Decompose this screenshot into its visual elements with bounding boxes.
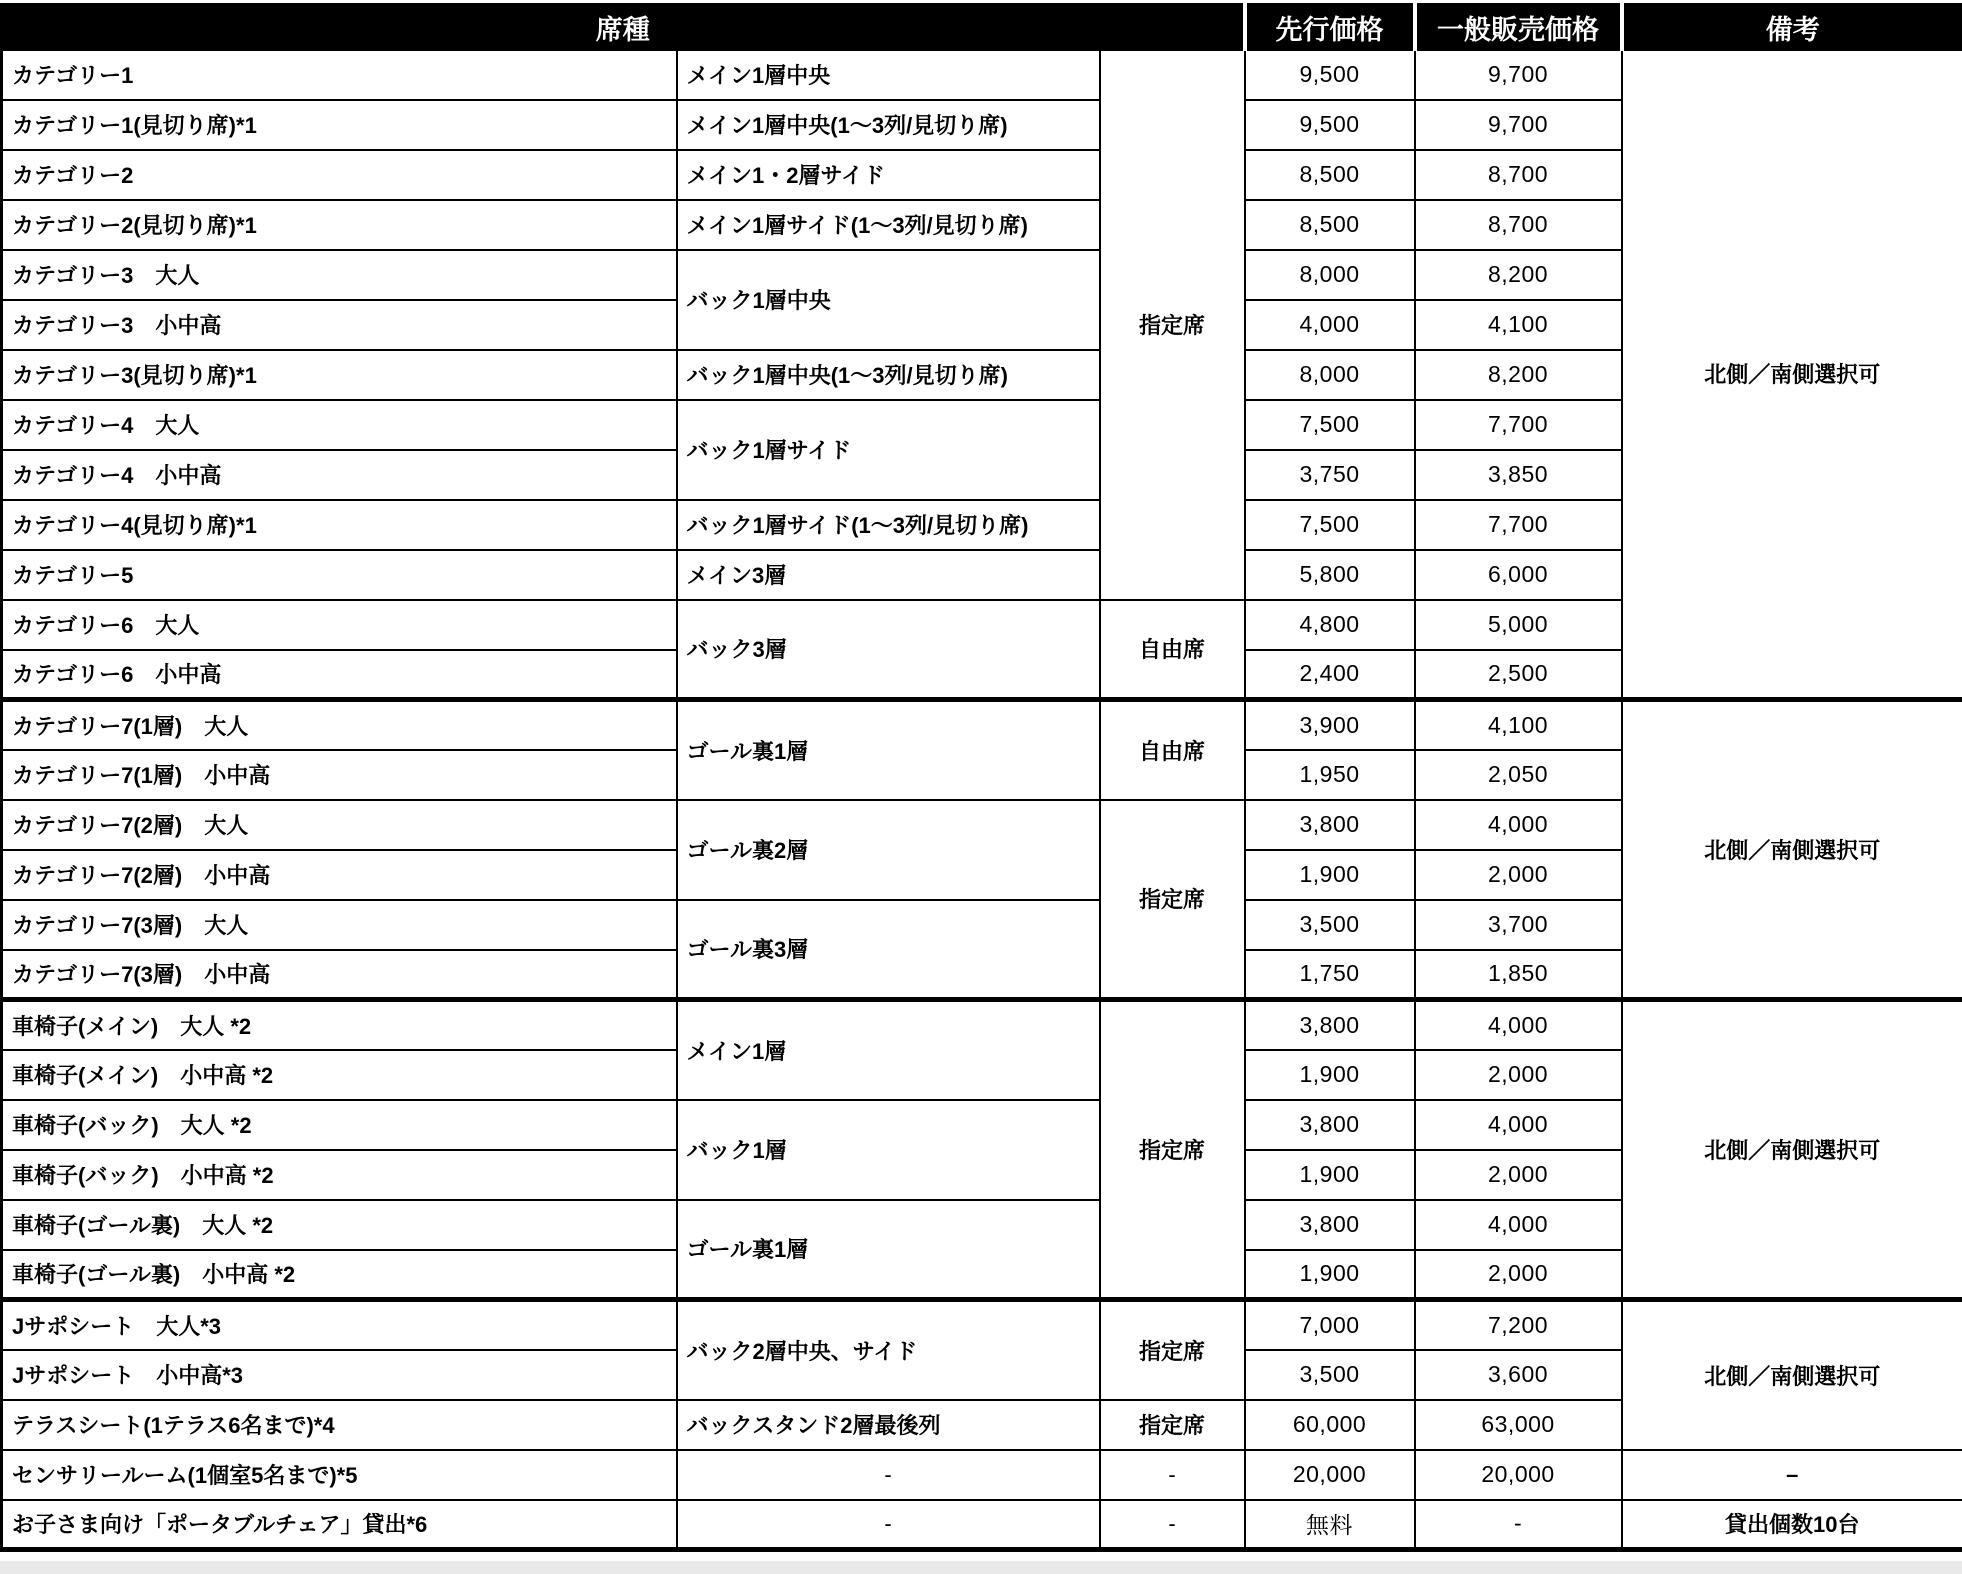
general-price-cell: 8,200 [1415,350,1622,400]
location-cell: ゴール裏2層 [677,800,1100,900]
column-header-general-price: 一般販売価格 [1415,5,1622,50]
advance-price-cell: 7,000 [1245,1300,1415,1350]
general-price-cell: 9,700 [1415,100,1622,150]
advance-price-cell: 9,500 [1245,50,1415,100]
location-cell: バック1層サイド(1～3列/見切り席) [677,500,1100,550]
advance-price-cell: 4,800 [1245,600,1415,650]
category-cell: 車椅子(バック) 大人 *2 [2,1100,677,1150]
general-price-cell: 2,000 [1415,1150,1622,1200]
advance-price-cell: 1,950 [1245,750,1415,800]
general-price-cell: 6,000 [1415,550,1622,600]
price-table-wrapper: 席種 先行価格 一般販売価格 備考 カテゴリー1 メイン1層中央 指定席 9,5… [0,0,1962,1552]
category-cell: カテゴリー7(2層) 大人 [2,800,677,850]
category-cell: カテゴリー1(見切り席)*1 [2,100,677,150]
category-cell: カテゴリー7(1層) 大人 [2,700,677,750]
advance-price-cell: 1,900 [1245,850,1415,900]
general-price-cell: - [1415,1500,1622,1550]
general-price-cell: 8,700 [1415,150,1622,200]
advance-price-cell: 無料 [1245,1500,1415,1550]
category-cell: カテゴリー2 [2,150,677,200]
category-cell: 車椅子(ゴール裏) 大人 *2 [2,1200,677,1250]
bottom-gray-strip [0,1561,1962,1574]
advance-price-cell: 20,000 [1245,1450,1415,1500]
advance-price-cell: 1,900 [1245,1250,1415,1300]
category-cell: カテゴリー6 小中高 [2,650,677,700]
general-price-cell: 7,200 [1415,1300,1622,1350]
column-header-remarks: 備考 [1622,5,1962,50]
category-cell: カテゴリー3 小中高 [2,300,677,350]
advance-price-cell: 1,900 [1245,1050,1415,1100]
seat-class-cell: 自由席 [1100,700,1245,800]
category-cell: カテゴリー7(3層) 大人 [2,900,677,950]
remarks-cell: 北側／南側選択可 [1622,700,1962,1000]
category-cell: カテゴリー4 小中高 [2,450,677,500]
remarks-cell: 北側／南側選択可 [1622,1300,1962,1450]
table-row: Jサポシート 大人*3 バック2層中央、サイド 指定席 7,000 7,200 … [2,1300,1962,1350]
location-cell: メイン1層中央(1～3列/見切り席) [677,100,1100,150]
category-cell: カテゴリー4(見切り席)*1 [2,500,677,550]
seat-class-cell: 指定席 [1100,50,1245,600]
seat-class-cell: 自由席 [1100,600,1245,700]
general-price-cell: 63,000 [1415,1400,1622,1450]
advance-price-cell: 5,800 [1245,550,1415,600]
general-price-cell: 2,000 [1415,1250,1622,1300]
location-cell: ゴール裏1層 [677,1200,1100,1300]
category-cell: カテゴリー7(3層) 小中高 [2,950,677,1000]
general-price-cell: 4,000 [1415,1000,1622,1050]
location-cell: メイン1層中央 [677,50,1100,100]
category-cell: 車椅子(バック) 小中高 *2 [2,1150,677,1200]
location-cell: バック1層中央(1～3列/見切り席) [677,350,1100,400]
header-row: 席種 先行価格 一般販売価格 備考 [2,5,1962,50]
category-cell: カテゴリー7(1層) 小中高 [2,750,677,800]
location-cell: バック2層中央、サイド [677,1300,1100,1400]
location-cell: バック1層中央 [677,250,1100,350]
general-price-cell: 5,000 [1415,600,1622,650]
general-price-cell: 7,700 [1415,500,1622,550]
advance-price-cell: 3,750 [1245,450,1415,500]
location-cell: - [677,1450,1100,1500]
remarks-cell: 貸出個数10台 [1622,1500,1962,1550]
category-cell: Jサポシート 大人*3 [2,1300,677,1350]
category-cell: 車椅子(メイン) 小中高 *2 [2,1050,677,1100]
seat-class-cell: 指定席 [1100,1000,1245,1300]
advance-price-cell: 3,900 [1245,700,1415,750]
advance-price-cell: 3,500 [1245,1350,1415,1400]
category-cell: カテゴリー3(見切り席)*1 [2,350,677,400]
table-row: センサリールーム(1個室5名まで)*5 - - 20,000 20,000 – [2,1450,1962,1500]
advance-price-cell: 7,500 [1245,400,1415,450]
category-cell: テラスシート(1テラス6名まで)*4 [2,1400,677,1450]
category-cell: カテゴリー1 [2,50,677,100]
location-cell: メイン1・2層サイド [677,150,1100,200]
seat-class-cell: 指定席 [1100,800,1245,1000]
location-cell: メイン1層サイド(1～3列/見切り席) [677,200,1100,250]
general-price-cell: 4,100 [1415,700,1622,750]
advance-price-cell: 8,500 [1245,200,1415,250]
general-price-cell: 2,000 [1415,850,1622,900]
general-price-cell: 4,000 [1415,1100,1622,1150]
advance-price-cell: 3,800 [1245,1200,1415,1250]
remarks-cell: 北側／南側選択可 [1622,1000,1962,1300]
advance-price-cell: 7,500 [1245,500,1415,550]
table-row: カテゴリー1 メイン1層中央 指定席 9,500 9,700 北側／南側選択可 [2,50,1962,100]
general-price-cell: 8,700 [1415,200,1622,250]
general-price-cell: 9,700 [1415,50,1622,100]
location-cell: バック1層サイド [677,400,1100,500]
general-price-cell: 7,700 [1415,400,1622,450]
general-price-cell: 2,500 [1415,650,1622,700]
location-cell: メイン1層 [677,1000,1100,1100]
advance-price-cell: 1,750 [1245,950,1415,1000]
general-price-cell: 3,700 [1415,900,1622,950]
general-price-cell: 3,600 [1415,1350,1622,1400]
advance-price-cell: 3,800 [1245,1100,1415,1150]
category-cell: カテゴリー5 [2,550,677,600]
location-cell: バック3層 [677,600,1100,700]
category-cell: 車椅子(ゴール裏) 小中高 *2 [2,1250,677,1300]
general-price-cell: 2,000 [1415,1050,1622,1100]
location-cell: - [677,1500,1100,1550]
remarks-cell: 北側／南側選択可 [1622,50,1962,700]
table-row: お子さま向け「ポータブルチェア」貸出*6 - - 無料 - 貸出個数10台 [2,1500,1962,1550]
seat-class-cell: 指定席 [1100,1300,1245,1400]
location-cell: バック1層 [677,1100,1100,1200]
general-price-cell: 2,050 [1415,750,1622,800]
category-cell: Jサポシート 小中高*3 [2,1350,677,1400]
category-cell: センサリールーム(1個室5名まで)*5 [2,1450,677,1500]
location-cell: メイン3層 [677,550,1100,600]
advance-price-cell: 60,000 [1245,1400,1415,1450]
advance-price-cell: 3,800 [1245,800,1415,850]
price-table: 席種 先行価格 一般販売価格 備考 カテゴリー1 メイン1層中央 指定席 9,5… [0,3,1962,1552]
category-cell: カテゴリー3 大人 [2,250,677,300]
category-cell: お子さま向け「ポータブルチェア」貸出*6 [2,1500,677,1550]
seat-class-cell: 指定席 [1100,1400,1245,1450]
general-price-cell: 1,850 [1415,950,1622,1000]
general-price-cell: 3,850 [1415,450,1622,500]
general-price-cell: 8,200 [1415,250,1622,300]
category-cell: 車椅子(メイン) 大人 *2 [2,1000,677,1050]
category-cell: カテゴリー7(2層) 小中高 [2,850,677,900]
advance-price-cell: 8,000 [1245,250,1415,300]
category-cell: カテゴリー6 大人 [2,600,677,650]
column-header-advance-price: 先行価格 [1245,5,1415,50]
advance-price-cell: 3,800 [1245,1000,1415,1050]
advance-price-cell: 1,900 [1245,1150,1415,1200]
advance-price-cell: 8,500 [1245,150,1415,200]
general-price-cell: 4,000 [1415,800,1622,850]
general-price-cell: 4,100 [1415,300,1622,350]
column-header-seat-type: 席種 [2,5,1245,50]
category-cell: カテゴリー2(見切り席)*1 [2,200,677,250]
advance-price-cell: 8,000 [1245,350,1415,400]
seat-class-cell: - [1100,1450,1245,1500]
location-cell: ゴール裏3層 [677,900,1100,1000]
advance-price-cell: 4,000 [1245,300,1415,350]
general-price-cell: 4,000 [1415,1200,1622,1250]
general-price-cell: 20,000 [1415,1450,1622,1500]
category-cell: カテゴリー4 大人 [2,400,677,450]
seat-class-cell: - [1100,1500,1245,1550]
advance-price-cell: 3,500 [1245,900,1415,950]
advance-price-cell: 2,400 [1245,650,1415,700]
location-cell: ゴール裏1層 [677,700,1100,800]
location-cell: バックスタンド2層最後列 [677,1400,1100,1450]
table-row: 車椅子(メイン) 大人 *2 メイン1層 指定席 3,800 4,000 北側／… [2,1000,1962,1050]
remarks-cell: – [1622,1450,1962,1500]
table-row: カテゴリー7(1層) 大人 ゴール裏1層 自由席 3,900 4,100 北側／… [2,700,1962,750]
advance-price-cell: 9,500 [1245,100,1415,150]
